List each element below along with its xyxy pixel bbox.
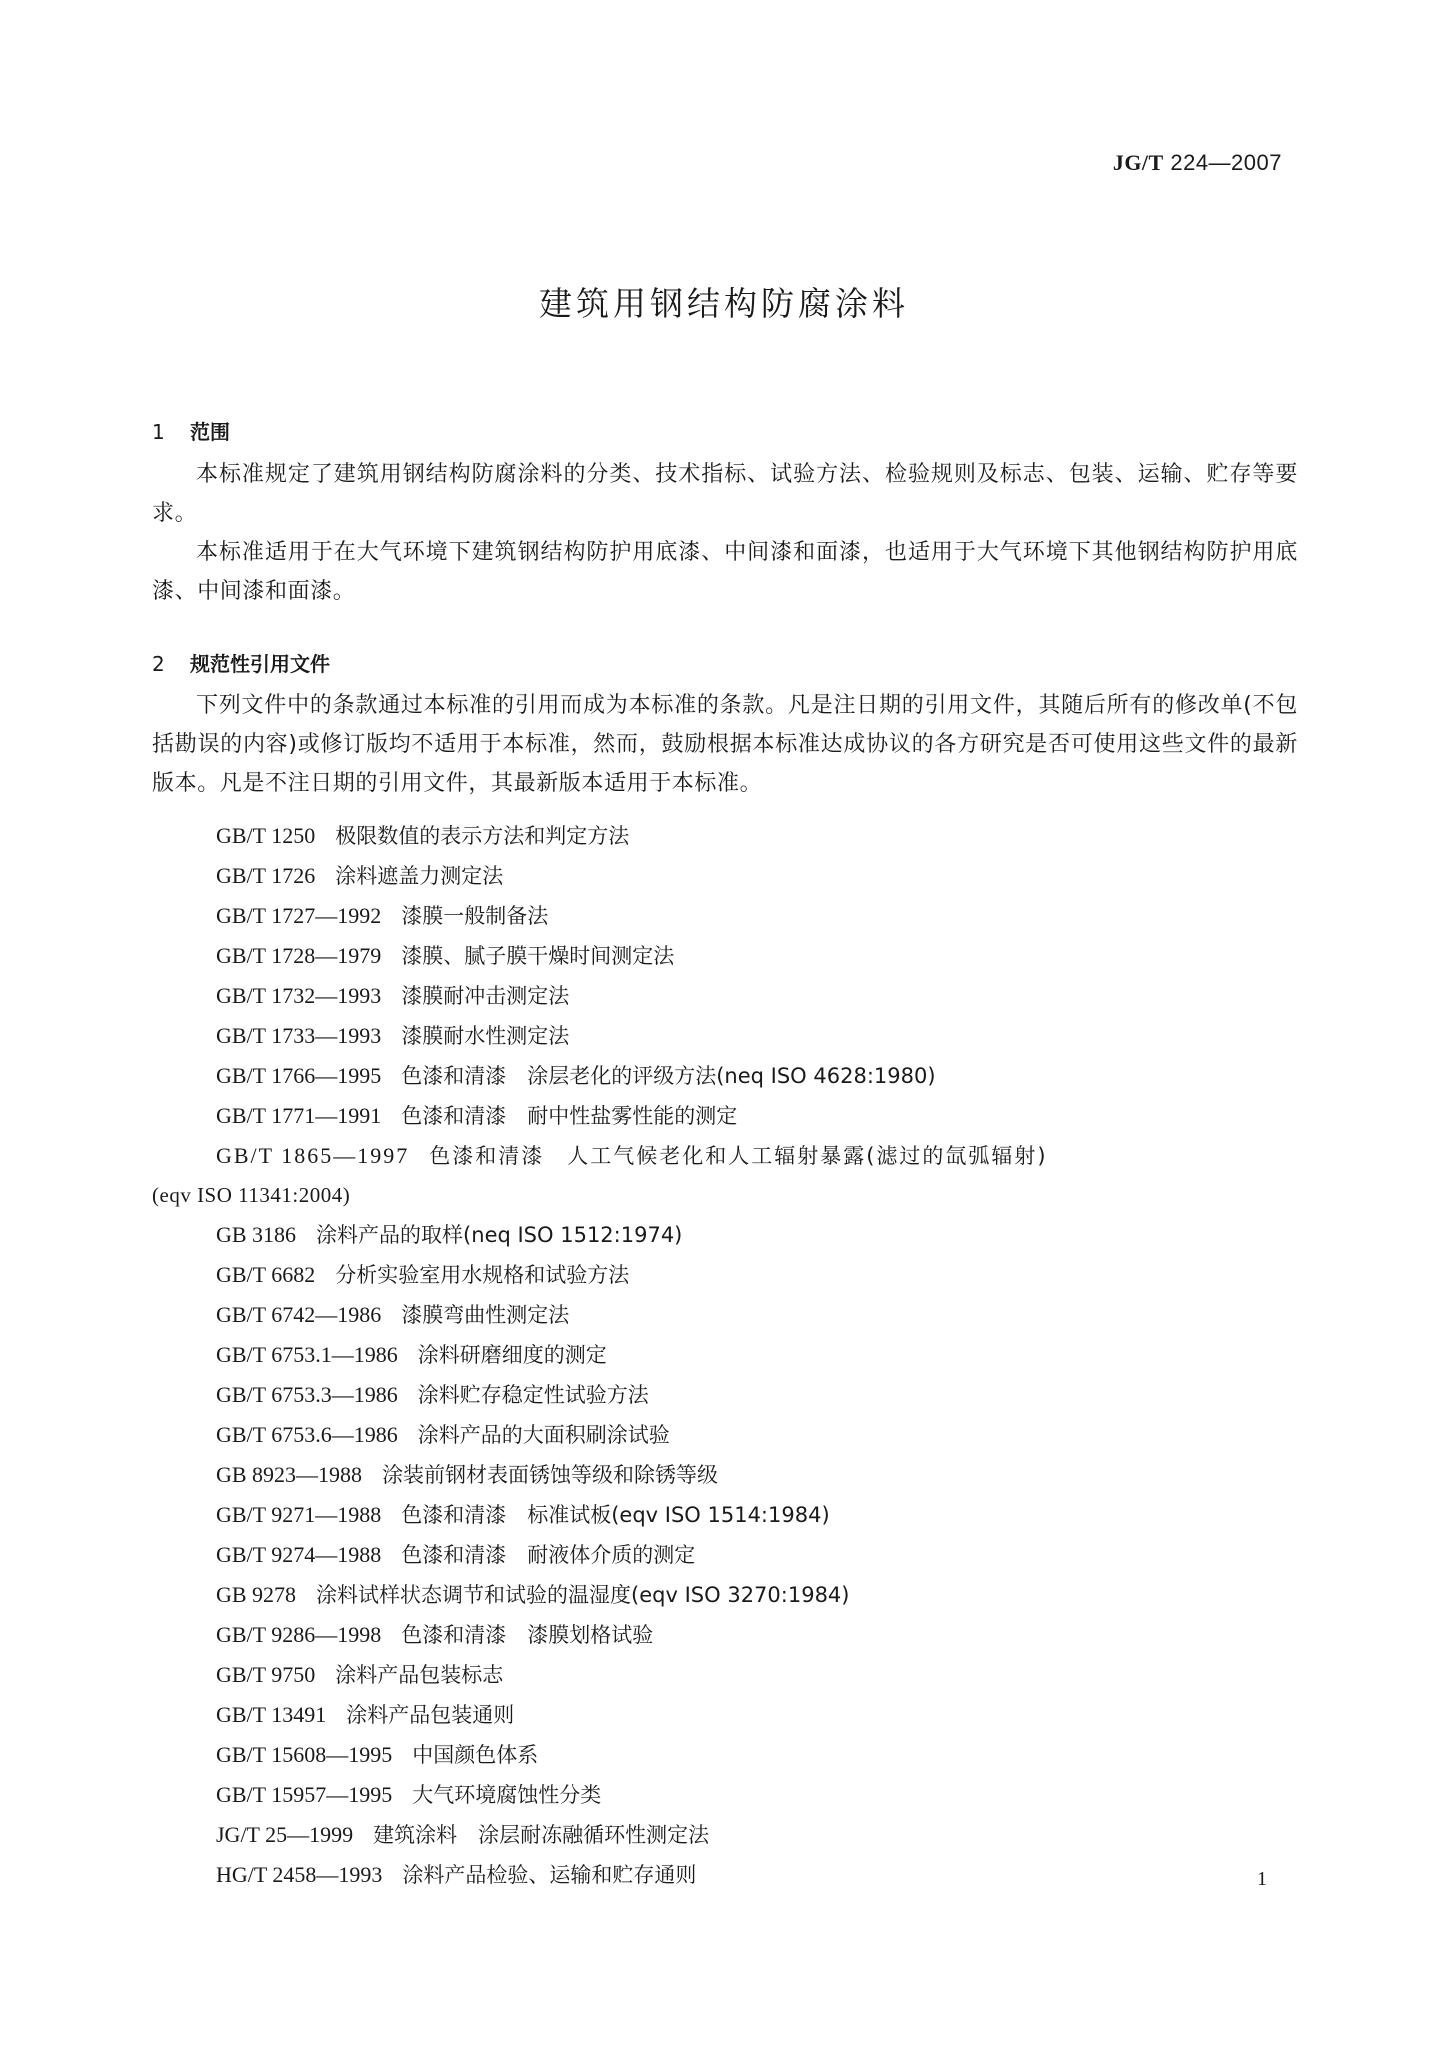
reference-item: GB 3186涂料产品的取样(neq ISO 1512:1974) bbox=[152, 1215, 1298, 1255]
reference-code: GB/T 1771—1991 bbox=[216, 1103, 381, 1128]
reference-item: GB/T 1732—1993漆膜耐冲击测定法 bbox=[152, 976, 1298, 1016]
reference-code: GB/T 9274—1988 bbox=[216, 1542, 381, 1567]
reference-code: GB/T 6753.6—1986 bbox=[216, 1422, 398, 1447]
reference-item: GB/T 1728—1979漆膜、腻子膜干燥时间测定法 bbox=[152, 936, 1298, 976]
reference-code: GB/T 1732—1993 bbox=[216, 983, 381, 1008]
reference-item: HG/T 2458—1993涂料产品检验、运输和贮存通则 bbox=[152, 1855, 1298, 1895]
reference-code: GB/T 1727—1992 bbox=[216, 903, 381, 928]
reference-title: 漆膜弯曲性测定法 bbox=[401, 1303, 569, 1327]
standard-prefix: JG/T bbox=[1113, 150, 1164, 175]
reference-item: GB/T 6753.6—1986涂料产品的大面积刷涂试验 bbox=[152, 1415, 1298, 1455]
reference-code: GB/T 15957—1995 bbox=[216, 1782, 392, 1807]
document-title: 建筑用钢结构防腐涂料 bbox=[0, 278, 1448, 325]
section-number: 2 bbox=[152, 652, 190, 676]
reference-list: GB/T 1250极限数值的表示方法和判定方法 GB/T 1726涂料遮盖力测定… bbox=[152, 816, 1298, 1895]
page-number: 1 bbox=[1257, 1868, 1267, 1891]
standard-number: 224—2007 bbox=[1170, 150, 1282, 175]
reference-item: GB/T 15608—1995中国颜色体系 bbox=[152, 1735, 1298, 1775]
reference-code: GB/T 9271—1988 bbox=[216, 1502, 381, 1527]
reference-code: GB/T 6753.1—1986 bbox=[216, 1342, 398, 1367]
reference-item: GB/T 1771—1991色漆和清漆 耐中性盐雾性能的测定 bbox=[152, 1096, 1298, 1136]
section-title: 规范性引用文件 bbox=[190, 652, 330, 676]
reference-code: GB 3186 bbox=[216, 1222, 296, 1247]
section-heading-normative-references: 2规范性引用文件 bbox=[152, 648, 330, 677]
reference-title: 涂料贮存稳定性试验方法 bbox=[418, 1383, 649, 1407]
reference-title: 漆膜耐水性测定法 bbox=[401, 1024, 569, 1048]
reference-code: GB/T 6753.3—1986 bbox=[216, 1382, 398, 1407]
reference-title: 色漆和清漆 耐液体介质的测定 bbox=[401, 1543, 695, 1567]
reference-code: GB/T 13491 bbox=[216, 1702, 326, 1727]
standard-code: JG/T 224—2007 bbox=[1113, 150, 1282, 176]
scope-paragraph-2: 本标准适用于在大气环境下建筑钢结构防护用底漆、中间漆和面漆，也适用于大气环境下其… bbox=[152, 533, 1298, 611]
reference-item: GB/T 1733—1993漆膜耐水性测定法 bbox=[152, 1016, 1298, 1056]
reference-title: 极限数值的表示方法和判定方法 bbox=[335, 824, 629, 848]
reference-item: GB/T 6682分析实验室用水规格和试验方法 bbox=[152, 1255, 1298, 1295]
reference-code: GB/T 6742—1986 bbox=[216, 1302, 381, 1327]
reference-item: GB/T 6742—1986漆膜弯曲性测定法 bbox=[152, 1295, 1298, 1335]
reference-item: GB/T 1250极限数值的表示方法和判定方法 bbox=[152, 816, 1298, 856]
reference-title: 涂料产品包装标志 bbox=[335, 1663, 503, 1687]
reference-code: GB/T 1250 bbox=[216, 823, 315, 848]
reference-title: 漆膜、腻子膜干燥时间测定法 bbox=[401, 944, 674, 968]
reference-item: GB 9278涂料试样状态调节和试验的温湿度(eqv ISO 3270:1984… bbox=[152, 1575, 1298, 1615]
reference-code: GB/T 1766—1995 bbox=[216, 1063, 381, 1088]
reference-title: 漆膜耐冲击测定法 bbox=[401, 984, 569, 1008]
reference-item: GB/T 9271—1988色漆和清漆 标准试板(eqv ISO 1514:19… bbox=[152, 1495, 1298, 1535]
reference-item: GB/T 9750涂料产品包装标志 bbox=[152, 1655, 1298, 1695]
reference-title: 涂料遮盖力测定法 bbox=[335, 864, 503, 888]
reference-title: 涂料产品的取样(neq ISO 1512:1974) bbox=[316, 1223, 682, 1247]
reference-code: GB 9278 bbox=[216, 1582, 296, 1607]
reference-item: GB/T 1726涂料遮盖力测定法 bbox=[152, 856, 1298, 896]
reference-title: 涂料试样状态调节和试验的温湿度(eqv ISO 3270:1984) bbox=[316, 1583, 849, 1607]
reference-item: JG/T 25—1999建筑涂料 涂层耐冻融循环性测定法 bbox=[152, 1815, 1298, 1855]
reference-item: GB/T 9274—1988色漆和清漆 耐液体介质的测定 bbox=[152, 1535, 1298, 1575]
reference-item: GB/T 1766—1995色漆和清漆 涂层老化的评级方法(neq ISO 46… bbox=[152, 1056, 1298, 1096]
reference-continuation: (eqv ISO 11341:2004) bbox=[152, 1176, 1298, 1215]
scope-paragraph-1: 本标准规定了建筑用钢结构防腐涂料的分类、技术指标、试验方法、检验规则及标志、包装… bbox=[152, 455, 1298, 533]
reference-title: 建筑涂料 涂层耐冻融循环性测定法 bbox=[373, 1823, 709, 1847]
reference-title: 漆膜一般制备法 bbox=[401, 904, 548, 928]
reference-code: GB/T 1728—1979 bbox=[216, 943, 381, 968]
section-number: 1 bbox=[152, 420, 190, 444]
section-title: 范围 bbox=[190, 420, 230, 444]
reference-title: 色漆和清漆 耐中性盐雾性能的测定 bbox=[401, 1104, 737, 1128]
references-intro-paragraph: 下列文件中的条款通过本标准的引用而成为本标准的条款。凡是注日期的引用文件，其随后… bbox=[152, 686, 1298, 803]
reference-item: GB/T 13491涂料产品包装通则 bbox=[152, 1695, 1298, 1735]
reference-code: GB/T 1726 bbox=[216, 863, 315, 888]
reference-item: GB/T 15957—1995大气环境腐蚀性分类 bbox=[152, 1775, 1298, 1815]
reference-title: 涂装前钢材表面锈蚀等级和除锈等级 bbox=[382, 1463, 718, 1487]
reference-title: 分析实验室用水规格和试验方法 bbox=[335, 1263, 629, 1287]
reference-title: 色漆和清漆 涂层老化的评级方法(neq ISO 4628:1980) bbox=[401, 1064, 935, 1088]
reference-code: HG/T 2458—1993 bbox=[216, 1862, 382, 1887]
reference-title: 色漆和清漆 人工气候老化和人工辐射暴露(滤过的氙弧辐射) bbox=[429, 1144, 1047, 1168]
reference-item: GB/T 9286—1998色漆和清漆 漆膜划格试验 bbox=[152, 1615, 1298, 1655]
reference-code: GB/T 6682 bbox=[216, 1262, 315, 1287]
reference-item: GB/T 6753.1—1986涂料研磨细度的测定 bbox=[152, 1335, 1298, 1375]
reference-title: 涂料产品检验、运输和贮存通则 bbox=[402, 1863, 696, 1887]
reference-item: GB/T 6753.3—1986涂料贮存稳定性试验方法 bbox=[152, 1375, 1298, 1415]
reference-title: 色漆和清漆 标准试板(eqv ISO 1514:1984) bbox=[401, 1503, 829, 1527]
reference-title: 色漆和清漆 漆膜划格试验 bbox=[401, 1623, 653, 1647]
reference-code: GB/T 9286—1998 bbox=[216, 1622, 381, 1647]
reference-title: 涂料研磨细度的测定 bbox=[418, 1343, 607, 1367]
reference-title: 涂料产品包装通则 bbox=[346, 1703, 514, 1727]
reference-title: 中国颜色体系 bbox=[412, 1743, 538, 1767]
reference-code: JG/T 25—1999 bbox=[216, 1822, 353, 1847]
reference-title: 涂料产品的大面积刷涂试验 bbox=[418, 1423, 670, 1447]
reference-item: GB/T 1865—1997色漆和清漆 人工气候老化和人工辐射暴露(滤过的氙弧辐… bbox=[152, 1136, 1298, 1215]
reference-code: GB/T 15608—1995 bbox=[216, 1742, 392, 1767]
section-heading-scope: 1范围 bbox=[152, 416, 230, 445]
reference-code: GB/T 1733—1993 bbox=[216, 1023, 381, 1048]
reference-code: GB/T 1865—1997 bbox=[216, 1143, 409, 1168]
reference-item: GB/T 1727—1992漆膜一般制备法 bbox=[152, 896, 1298, 936]
reference-item: GB 8923—1988涂装前钢材表面锈蚀等级和除锈等级 bbox=[152, 1455, 1298, 1495]
reference-code: GB/T 9750 bbox=[216, 1662, 315, 1687]
reference-title: 大气环境腐蚀性分类 bbox=[412, 1783, 601, 1807]
reference-code: GB 8923—1988 bbox=[216, 1462, 362, 1487]
